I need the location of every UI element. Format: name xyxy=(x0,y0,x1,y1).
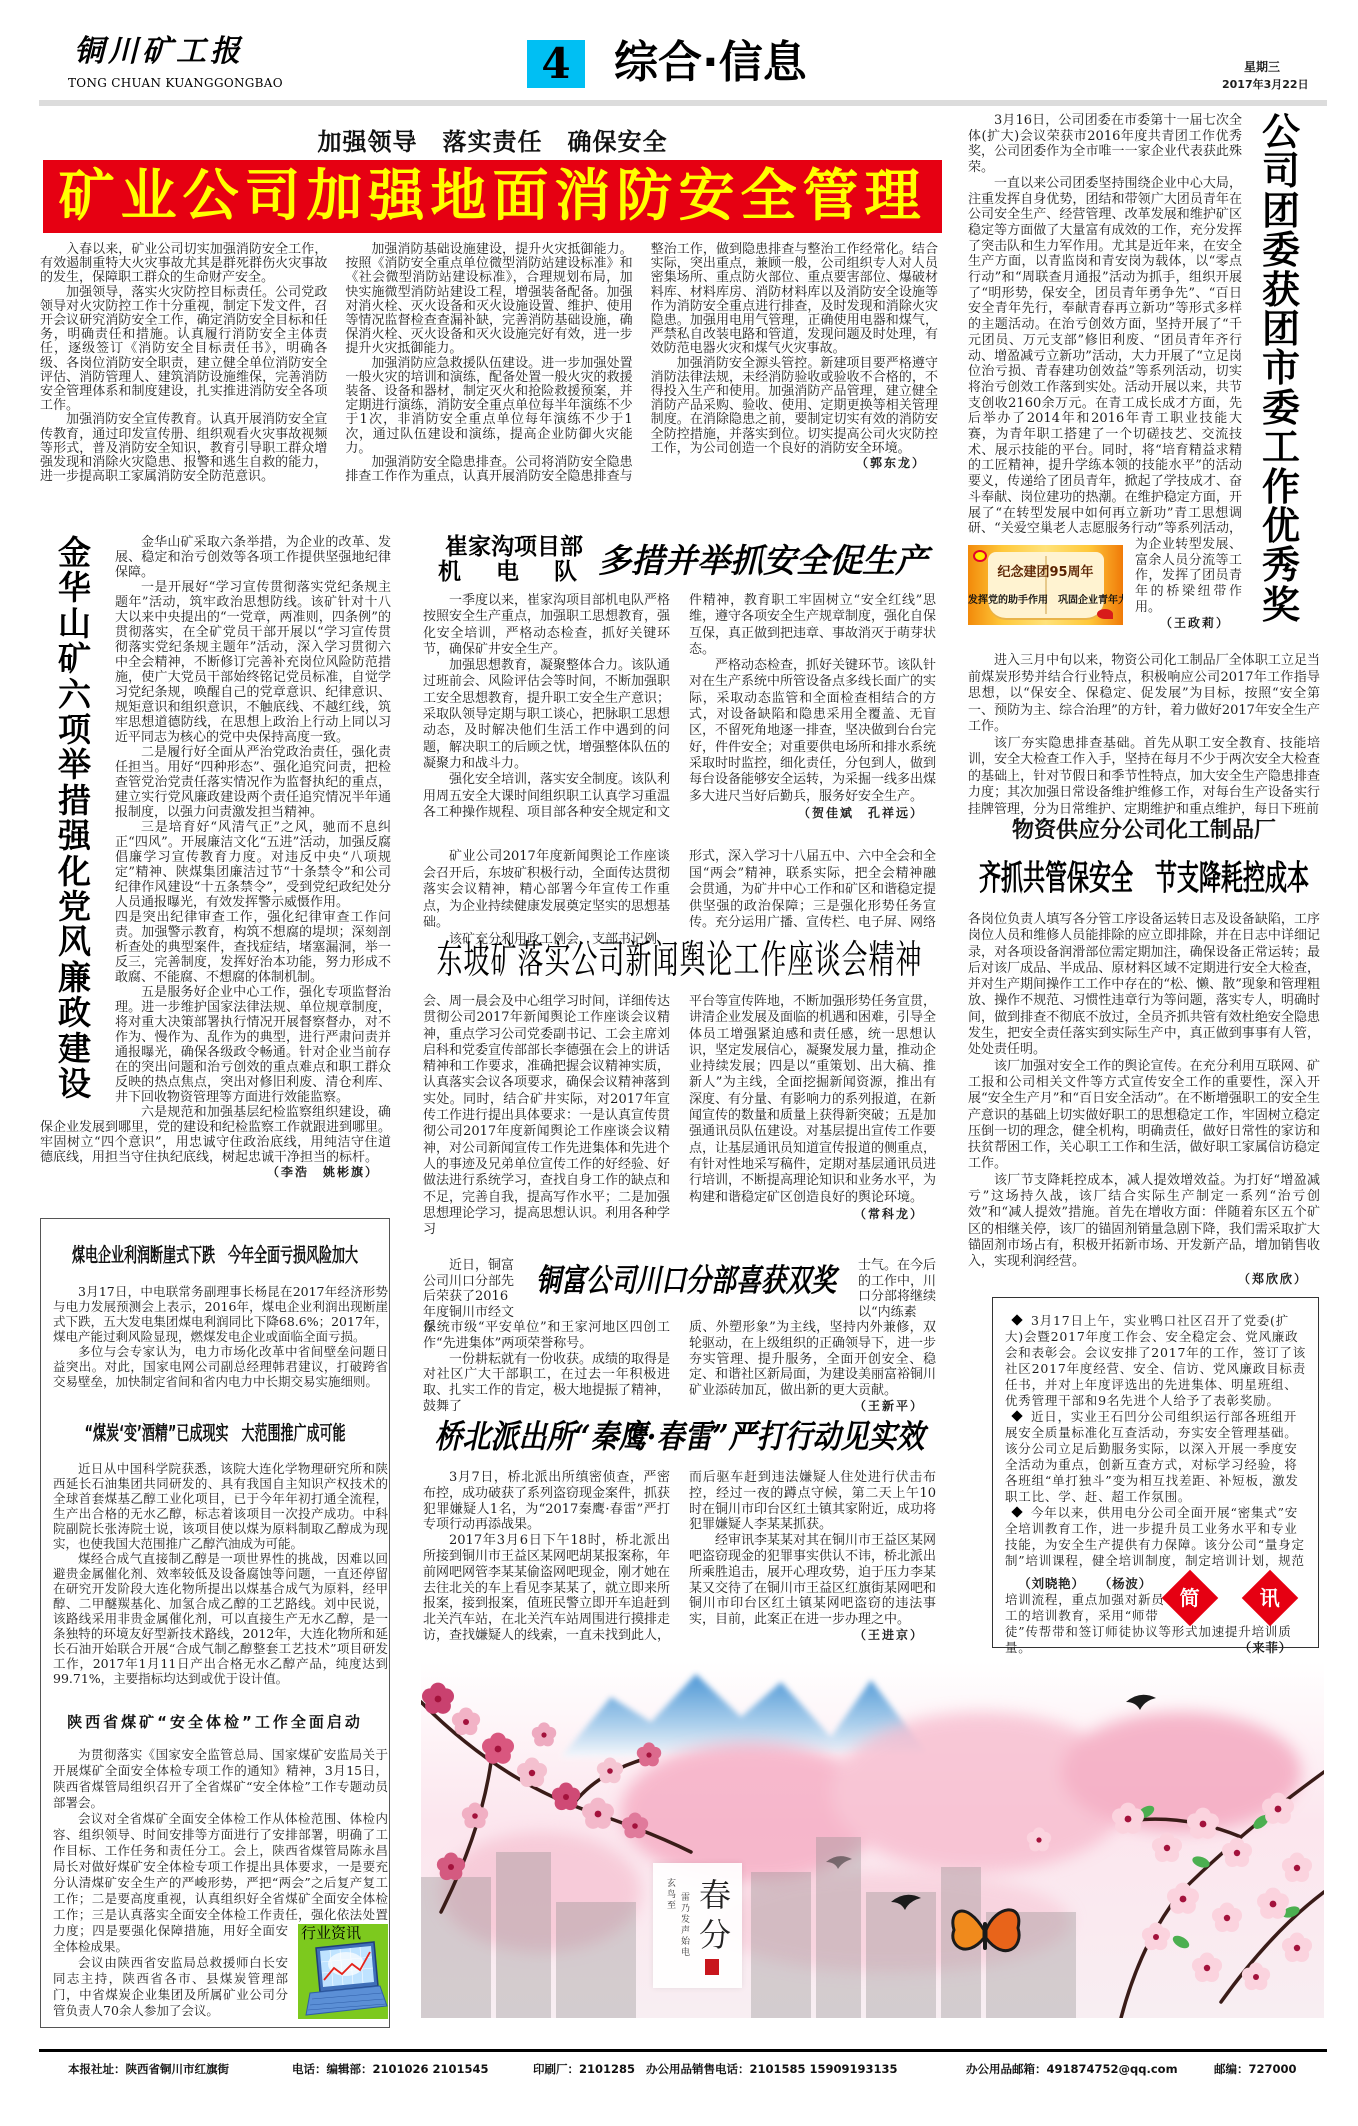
league-emblem-icon xyxy=(973,550,987,562)
dongpo-col2-top: 形式，深入学习十八届五中、六中全会和全国“两会”精神，联系实际，把全会精神融会贯… xyxy=(689,849,936,932)
qiaobei-headline: 桥北派出所“秦鹰·春雷”严打行动见实效 xyxy=(435,1417,925,1456)
brief-byline: （杨波） xyxy=(1099,1576,1166,1592)
paragraph: 进入三月中旬以来，物资公司化工制品厂全体职工立足当前煤炭形势并结合行业特点，积极… xyxy=(968,653,1320,736)
tongfu-headline: 铜富公司川口分部喜获双奖 xyxy=(536,1262,836,1300)
footer-address: 本报社址：陕西省铜川市红旗街 xyxy=(68,2061,229,2077)
paragraph: 近日从中国科学院获悉，该院大连化学物理研究所和陕西延长石油集团共同研发的、具有我… xyxy=(53,1461,388,1551)
paragraph: 该厂夯实隐患排查基础。首先从职工安全教育、技能培训，安全大检查工作入手，坚持在每… xyxy=(968,736,1320,819)
article-byline: （郑欣欣） xyxy=(968,1271,1320,1287)
footer-editorial-phone: 电话：编辑部：2101026 2101545 xyxy=(292,2061,489,2077)
laptop-chart-icon xyxy=(298,1924,388,2019)
paragraph: 3月16日，公司团委在市委第十一届七次全体(扩大)会议荣获市2016年度共青团工… xyxy=(968,113,1242,176)
page-number-badge: 4 xyxy=(527,40,585,88)
industry-headline-3: 陕西省煤矿“安全体检”工作全面启动 xyxy=(41,1713,389,1731)
article-byline: （王新平） xyxy=(689,1399,936,1415)
footer-email: 办公用品邮箱：491874752@qq.com xyxy=(966,2061,1178,2077)
dongpo-headline-wrap: 东坡矿落实公司新闻舆论工作座谈会精神 xyxy=(423,948,936,974)
solar-term-poem-col1: 玄鸟至 xyxy=(667,1879,676,1912)
paragraph: 加强消防基础设施建设，提升火灾抵御能力。按照《消防安全重点单位微型消防站建设标准… xyxy=(345,243,632,357)
jinhuashan-headline: 金华山矿六项举措强化党风廉政建设 xyxy=(58,535,91,1102)
fire-article-kicker: 加强领导 落实责任 确保安全 xyxy=(43,129,942,155)
unit-line1: 崔家沟项目部 xyxy=(423,535,583,560)
unit-line2: 机 电 队 xyxy=(423,560,583,585)
brief-item: 3月17日上午，实业鸭口社区召开了党委(扩大)会暨2017年度工作会、安全稳定会… xyxy=(1005,1313,1306,1409)
youth-award-body: 纪念建团95周年 发挥党的助手作用 巩固企业青年力量 3月16日，公司团委在市委… xyxy=(968,113,1242,631)
footer-rule xyxy=(39,2049,1327,2052)
tongfu-side-right: 士气。在今后的工作中，川口分部将继续以“内练素 xyxy=(858,1258,936,1320)
briefs-label-diamond: 讯 xyxy=(1242,1570,1299,1627)
section-title: 综合·信息 xyxy=(614,38,807,88)
paragraph: 煤经合成气直接制乙醇是一项世界性的挑战，因难以回避贵金属催化剂、效率较低及设备腐… xyxy=(53,1551,388,1686)
chemical-plant-body: 各岗位负责人填写各分管工序设备运转日志及设备缺陷，工序岗位人员和维修人员能排除的… xyxy=(968,912,1320,1287)
vertical-headline-column: 金华山矿六项举措强化党风廉政建设 xyxy=(40,535,115,1107)
industry-headline-1: 煤电企业利润断崖式下跌 今年全面亏损风险加大 xyxy=(72,1245,358,1269)
paragraph: 各岗位负责人填写各分管工序设备运转日志及设备缺陷，工序岗位人员和维修人员能排除的… xyxy=(968,912,1320,1059)
article-byline: （王进京） xyxy=(689,1628,936,1644)
fire-article-headline: 矿业公司加强地面消防安全管理 xyxy=(43,160,942,233)
paragraph: 加强思想教育，凝聚整体合力。该队通过班前会、风险评估会等时间，不断加强职工安全思… xyxy=(423,658,670,772)
industry-article-2-body: 近日从中国科学院获悉，该院大连化学物理研究所和陕西延长石油集团共同研发的、具有我… xyxy=(53,1461,388,1686)
industry-news-box: 煤电企业利润断崖式下跌 今年全面亏损风险加大 3月17日，中电联常务副理事长杨昆… xyxy=(40,1218,390,2028)
paragraph: 加强消防应急救援队伍建设。进一步加强处置一般火灾的培训和演练，配备处置一般火灾的… xyxy=(345,357,632,456)
dongpo-headline: 东坡矿落实公司新闻舆论工作座谈会精神 xyxy=(436,942,922,981)
jinhuashan-article: 金华山矿六项举措强化党风廉政建设 金华山矿采取六条举措，为企业的改革、发展、稳定… xyxy=(40,535,391,1180)
dongpo-col1-bottom: 会、周一晨会及中心组学习时间，详细传达贯彻公司2017年新闻舆论工作座谈会议精神… xyxy=(423,994,670,1238)
fire-article-body: 入春以来，矿业公司切实加强消防安全工作，有效遏制重特大火灾事故尤其是群死群伤火灾… xyxy=(40,243,938,484)
paragraph: 多位与会专家认为，电力市场化改革中省间壁垒问题日益突出。对此，国家电网公司副总经… xyxy=(53,1344,388,1389)
spring-equinox-illustration: 春分 玄鸟至 雷乃发声 始电 xyxy=(421,1662,1324,2018)
qiaobei-body: 3月7日，桥北派出所缜密侦查，严密布控，成功破获了系列盗窃现金案件，抓获犯罪嫌疑… xyxy=(423,1470,936,1644)
industry-article-3-body: 行业资讯 为贯彻落实《国家安全监管总局、国家煤矿安监局关于开展 xyxy=(53,1747,388,2019)
article-byline: （贺佳斌 孔祥远） xyxy=(689,805,936,821)
newspaper-page: 铜川矿工报 TONG CHUAN KUANGGONGBAO 4 综合·信息 星期… xyxy=(0,0,1358,2126)
footer-print-phone: 印刷厂：2101285 xyxy=(533,2061,635,2077)
chemical-plant-kicker: 物资供应分公司化工制品厂 xyxy=(968,818,1320,844)
dongpo-col1-top: 矿业公司2017年度新闻舆论工作座谈会召开后，东坡矿积极行动，全面传达贯彻落实会… xyxy=(423,849,670,948)
tongfu-col2: 质、外塑形象”为主线，坚持内外兼修，双轮驱动，在上级组织的正确领导下，进一步夯实… xyxy=(689,1320,936,1415)
paragraph: 一份耕耘就有一份收获。成绩的取得是对社区广大干部职工，在过去一年积极进取、扎实工… xyxy=(423,1352,670,1415)
paragraph: 系统市级“平安单位”和王家河地区四创工作“先进集体”两项荣誉称号。 xyxy=(423,1320,670,1352)
industry-news-image: 行业资讯 xyxy=(298,1924,388,2019)
header-rule xyxy=(39,100,1327,106)
paragraph: 六是规范和加强基层纪检监察组织建设，确保企业发展到哪里，党的建设和纪检监察工作就… xyxy=(40,1105,391,1165)
diamond-bullet-icon xyxy=(1011,1410,1022,1421)
brief-byline: （来菲） xyxy=(1239,1640,1306,1656)
briefs-label-char: 讯 xyxy=(1250,1578,1290,1618)
qiaobei-headline-wrap: 桥北派出所“秦鹰·春雷”严打行动见实效 xyxy=(423,1420,936,1454)
paragraph: 会、周一晨会及中心组学习时间，详细传达贯彻公司2017年新闻舆论工作座谈会议精神… xyxy=(423,994,670,1238)
solar-term-card: 春分 玄鸟至 雷乃发声 始电 xyxy=(653,1863,742,1988)
article-byline: （李浩 姚彬旗） xyxy=(40,1165,391,1180)
news-briefs-box: 简 讯 3月17日上午，实业鸭口社区召开了党委(扩大)会暨2017年度工作会、安… xyxy=(992,1297,1319,1648)
brief-text: 近日，实业王石凹分公司组织运行部各班组开展安全质量标准化互查活动，夯实安全管理基… xyxy=(1005,1409,1299,1504)
paragraph: 3月7日，桥北派出所缜密侦查，严密布控，成功破获了系列盗窃现金案件，抓获犯罪嫌疑… xyxy=(423,1470,670,1533)
industry-headline-2: “煤炭‘变’酒精”已成现实 大范围推广成可能 xyxy=(85,1423,346,1447)
cuijiagou-headline: 多措并举抓安全促生产 xyxy=(598,543,928,579)
industry-headline-wrap: “煤炭‘变’酒精”已成现实 大范围推广成可能 xyxy=(41,1427,389,1443)
weekday: 星期三 xyxy=(1244,58,1280,75)
briefs-label-diamond: 简 xyxy=(1162,1570,1219,1627)
article-byline: （常科龙） xyxy=(689,1206,936,1222)
brief-item: 近日，实业王石凹分公司组织运行部各班组开展安全质量标准化互查活动，夯实安全管理基… xyxy=(1005,1409,1306,1505)
briefs-label-char: 简 xyxy=(1170,1578,1210,1618)
tongfu-col1: 系统市级“平安单位”和王家河地区四创工作“先进集体”两项荣誉称号。 一份耕耘就有… xyxy=(423,1320,670,1415)
paragraph: 平台等宣传阵地，不断加强形势任务宣贯，讲清企业发展及面临的机遇和困难，引导全体员… xyxy=(689,994,936,1206)
newspaper-logo: 铜川矿工报 xyxy=(74,36,244,68)
chemical-plant-lead: 进入三月中旬以来，物资公司化工制品厂全体职工立足当前煤炭形势并结合行业特点，积极… xyxy=(968,653,1320,818)
industry-headline-wrap: 煤电企业利润断崖式下跌 今年全面亏损风险加大 xyxy=(41,1249,389,1265)
cherry-blossom-scene xyxy=(421,1662,1324,2018)
solar-term-poem-col2: 雷乃发声 始电 xyxy=(681,1893,690,1959)
tongfu-headline-wrap: 铜富公司川口分部喜获双奖 xyxy=(518,1266,854,1296)
cuijiagou-unit: 崔家沟项目部 机 电 队 xyxy=(423,535,583,585)
youth-league-anniversary-image: 纪念建团95周年 发挥党的助手作用 巩固企业青年力量 xyxy=(968,545,1123,625)
briefs-label: 简 讯 xyxy=(1166,1576,1306,1624)
paragraph: 入春以来，矿业公司切实加强消防安全工作，有效遏制重特大火灾事故尤其是群死群伤火灾… xyxy=(40,243,327,286)
ribbon-curl-icon xyxy=(1097,609,1113,619)
brief-byline: （刘晓艳） xyxy=(1018,1576,1099,1592)
footer-sales-phone: 办公用品销售电话：2101585 15909193135 xyxy=(646,2061,898,2077)
footer-postcode: 邮编：727000 xyxy=(1214,2061,1297,2077)
cuijiagou-body: 一季度以来，崔家沟项目部机电队严格按照安全生产重点，加强职工思想教育，强化安全培… xyxy=(423,593,936,821)
paragraph: 加强消防安全源头管控。新建项目要严格遵守消防法律法规，未经消防验收或验收不合格的… xyxy=(651,357,938,456)
paragraph: 该厂加强对安全工作的舆论宣传。在充分利用互联网、矿工报和公司相关文件等方式宣传安… xyxy=(968,1059,1320,1173)
paragraph: 形式，深入学习十八届五中、六中全会和全国“两会”精神，联系实际，把全会精神融会贯… xyxy=(689,849,936,932)
industry-article-1-body: 3月17日，中电联常务副理事长杨昆在2017年经济形势与电力发展预测会上表示，2… xyxy=(53,1284,388,1389)
image-caption-line1: 纪念建团95周年 xyxy=(968,565,1123,581)
red-seal-icon xyxy=(705,1959,719,1975)
paragraph: 经审讯李某某对其在铜川市王益区某网吧盗窃现金的犯罪事实供认不讳，桥北派出所乘胜追… xyxy=(689,1533,936,1628)
paragraph: 矿业公司2017年度新闻舆论工作座谈会召开后，东坡矿积极行动，全面传达贯彻落实会… xyxy=(423,849,670,932)
paragraph: 加强消防安全宣传教育。认真开展消防安全宣传教育，通过印发宣传册、组织观看火灾事故… xyxy=(40,413,327,484)
chemical-plant-headline-wrap: 齐抓共管保安全 节支降耗控成本 xyxy=(968,869,1320,891)
paragraph: 一季度以来，崔家沟项目部机电队严格按照安全生产重点，加强职工思想教育，强化安全培… xyxy=(423,593,670,658)
diamond-bullet-icon xyxy=(1011,1314,1022,1325)
article-byline: （郭东龙） xyxy=(651,456,938,470)
paragraph: 该厂节支降耗控成本，减人提效增效益。为打好“增盈减亏”这场持久战，该厂结合实际生… xyxy=(968,1173,1320,1271)
paragraph: 严格动态检查，抓好关键环节。该队针对在生产系统中所管设备点多线长面广的实际，采取… xyxy=(689,658,936,805)
newspaper-pinyin: TONG CHUAN KUANGGONGBAO xyxy=(68,77,283,89)
solar-term-title: 春分 xyxy=(699,1875,731,1955)
brief-text: 3月17日上午，实业鸭口社区召开了党委(扩大)会暨2017年度工作会、安全稳定会… xyxy=(1005,1313,1306,1408)
paragraph: 为贯彻落实《国家安全监管总局、国家煤矿安监局关于开展煤矿全面安全体检专项工作的通… xyxy=(53,1747,388,1811)
issue-date: 2017年3月22日 xyxy=(1222,76,1309,92)
chemical-plant-headline: 齐抓共管保安全 节支降耗控成本 xyxy=(979,863,1309,897)
dongpo-col2-bottom: 平台等宣传阵地，不断加强形势任务宣贯，讲清企业发展及面临的机遇和困难，引导全体员… xyxy=(689,994,936,1222)
paragraph: 加强领导，落实火灾防控目标责任。公司党政领导对火灾防控工作十分重视，制定下发文件… xyxy=(40,286,327,414)
paragraph: 质、外塑形象”为主线，坚持内外兼修，双轮驱动，在上级组织的正确领导下，进一步夯实… xyxy=(689,1320,936,1399)
image-caption-line2: 发挥党的助手作用 巩固企业青年力量 xyxy=(968,593,1123,609)
paragraph: 3月17日，中电联常务副理事长杨昆在2017年经济形势与电力发展预测会上表示，2… xyxy=(53,1284,388,1344)
diamond-bullet-icon xyxy=(1011,1506,1022,1517)
youth-award-headline: 公司团委获团市委工作优秀奖 xyxy=(1262,113,1300,625)
paragraph: 士气。在今后的工作中，川口分部将继续以“内练素 xyxy=(858,1258,936,1320)
